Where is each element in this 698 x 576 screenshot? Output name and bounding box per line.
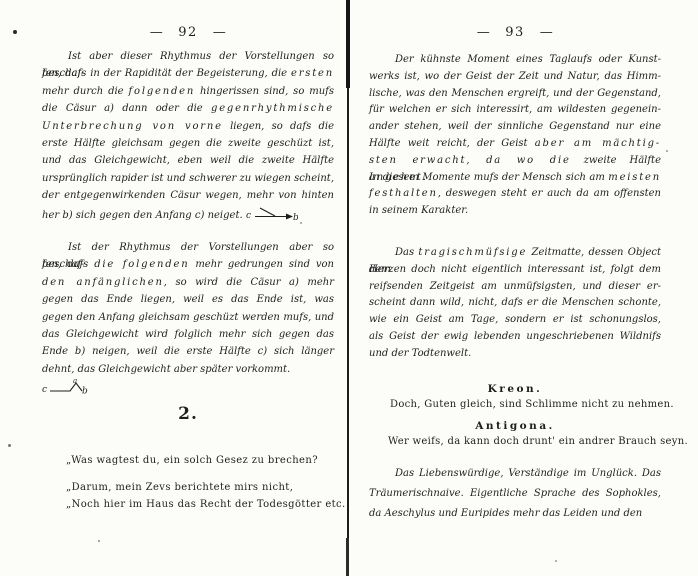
emphasized-spaced-text: folgenden — [129, 86, 196, 97]
text-line: Ist der Rhythmus der Vorstellungen aber … — [42, 239, 334, 256]
emphasized-spaced-text: die folgenden — [94, 259, 189, 270]
text-line: Träumerischnaive. Eigentliche Sprache de… — [369, 484, 661, 504]
text-line: Herzen doch nicht eigentlich interessant… — [369, 262, 661, 279]
book-gutter-line — [347, 0, 349, 576]
text-line: gegen den Anfang gleichsam geschüzt werd… — [42, 309, 334, 326]
text-line: Das tragischmüfsige Zeitmatte, dessen Ob… — [369, 245, 661, 262]
text-line: wie ein Geist am Tage, sondern er ist sc… — [369, 312, 661, 329]
page-number-right: — 93 — — [369, 25, 661, 40]
diagram-balance-fig-2: cab — [42, 378, 88, 394]
text-line: werks ist, wo der Geist der Zeit und Nat… — [369, 69, 661, 86]
text-line: der entgegenwirkenden Cäsur wegen, mehr … — [42, 187, 334, 204]
text-line: das Gleichgewicht wird folglich mehr sic… — [42, 326, 334, 343]
page-number-value: 93 — [505, 25, 525, 40]
svg-text:b: b — [82, 387, 88, 395]
text-line: fen, dafs die folgenden mehr gedrungen s… — [42, 256, 334, 273]
text-line: für welchen er sich interessirt, am wild… — [369, 102, 661, 119]
emphasized-spaced-text: gegenrhythmische — [211, 103, 334, 114]
emphasized-spaced-text: tragischmüfsige — [418, 247, 527, 258]
speech-line-kreon: Doch, Guten gleich, sind Schlimme nicht … — [390, 399, 674, 410]
text-line: den anfänglichen, so wird die Cäsur a) m… — [42, 274, 334, 291]
scan-speck — [8, 444, 11, 447]
ornament-dash: — — [540, 25, 554, 40]
text-line: gegen das Ende liegen, weil es das Ende … — [42, 291, 334, 308]
text-line: da Aeschylus und Euripides mehr das Leid… — [369, 504, 661, 524]
left-verse-2: „Darum, mein Zevs berichtete mirs nicht,… — [66, 479, 346, 513]
ornament-dash: — — [150, 25, 164, 40]
right-paragraph-1: Der kühnste Moment eines Taglaufs oder K… — [369, 52, 661, 220]
text-line: sten erwacht, da wo die zweite Hälfte an… — [369, 153, 661, 170]
text-line: In diesem Momente mufs der Mensch sich a… — [369, 170, 661, 187]
text-line: Hälfte weit reicht, der Geist aber am mä… — [369, 136, 661, 153]
page-left: — 92 — Ist aber dieser Rhythmus der Vors… — [0, 0, 348, 576]
scan-speck — [13, 30, 17, 34]
left-paragraph-1: Ist aber dieser Rhythmus der Vorstellung… — [42, 48, 334, 222]
scan-speck — [555, 560, 557, 562]
svg-text:c: c — [42, 385, 47, 394]
text-line: mehr durch die folgenden hingerissen sin… — [42, 83, 334, 100]
text-line: in seinem Karakter. — [369, 203, 661, 220]
speaker-name-kreon: Kreon. — [369, 383, 661, 395]
text-line: die Cäsur a) dann oder die gegenrhythmis… — [42, 100, 334, 117]
emphasized-spaced-text: sten erwacht, da wo die — [369, 155, 571, 166]
scan-speck — [98, 540, 100, 542]
text-line: dehnt, das Gleichgewicht aber später vor… — [42, 361, 334, 378]
left-paragraph-2: Ist der Rhythmus der Vorstellungen aber … — [42, 239, 334, 378]
diagram-balance-fig-1: cb — [246, 205, 298, 221]
section-heading: 2. — [42, 404, 334, 424]
emphasized-spaced-text: meisten — [608, 172, 661, 183]
text-line: reifsenden Zeitgeist am unmüfsigsten, un… — [369, 279, 661, 296]
text-line: ursprünglich rapider ist und schwerer zu… — [42, 170, 334, 187]
speaker-name-antigona: Antigona. — [369, 420, 661, 432]
text-line: Der kühnste Moment eines Taglaufs oder K… — [369, 52, 661, 69]
text-line: als Geist der ewig lebenden ungeschriebe… — [369, 329, 661, 346]
text-line: und der Todtenwelt. — [369, 346, 661, 363]
emphasized-spaced-text: Unterbrechung von vorne — [42, 121, 223, 132]
text-line: „Noch hier im Haus das Recht der Todesgö… — [66, 496, 346, 513]
text-line: Unterbrechung von vorne liegen, so dafs … — [42, 118, 334, 135]
page-number-left: — 92 — — [42, 25, 334, 40]
text-line: lische, was den Menschen ergreift, und d… — [369, 86, 661, 103]
text-line: her b) sich gegen den Anfang c) neiget. … — [42, 205, 334, 222]
page-number-value: 92 — [178, 25, 198, 40]
text-line: scheint dann wild, nicht, dafs er die Me… — [369, 295, 661, 312]
scan-speck — [300, 222, 302, 224]
svg-text:a: a — [73, 378, 77, 385]
emphasized-spaced-text: festhalten — [369, 188, 438, 199]
left-verse-1: „Was wagtest du, ein solch Gesez zu brec… — [66, 452, 336, 469]
right-paragraph-3: Das Liebenswürdige, Verständige im Unglü… — [369, 464, 661, 524]
text-line: erste Hälfte gleichsam gegen die zweite … — [42, 135, 334, 152]
svg-text:c: c — [246, 211, 251, 221]
scan-speck — [666, 150, 668, 152]
emphasized-spaced-text: den anfänglichen — [42, 277, 164, 288]
text-line: und das Gleichgewicht, eben weil die zwe… — [42, 152, 334, 169]
text-line: Ende b) neigen, weil die erste Hälfte c)… — [42, 343, 334, 360]
emphasized-spaced-text: aber am mächtig- — [535, 138, 661, 149]
text-line: ander stehen, weil der sinnliche Gegenst… — [369, 119, 661, 136]
right-paragraph-2: Das tragischmüfsige Zeitmatte, dessen Ob… — [369, 245, 661, 363]
text-line: fen, dafs in der Rapidität der Begeister… — [42, 65, 334, 82]
speech-line-antigona: Wer weifs, da kann doch drunt' ein andre… — [388, 436, 688, 447]
book-scan-spread: — 92 — Ist aber dieser Rhythmus der Vors… — [0, 0, 698, 576]
svg-text:b: b — [293, 213, 298, 221]
emphasized-spaced-text: ersten — [291, 68, 334, 79]
text-line: Das Liebenswürdige, Verständige im Unglü… — [369, 464, 661, 484]
text-line: „Darum, mein Zevs berichtete mirs nicht, — [66, 479, 346, 496]
ornament-dash: — — [477, 25, 491, 40]
ornament-dash: — — [213, 25, 227, 40]
page-right: — 93 — Der kühnste Moment eines Taglaufs… — [350, 0, 698, 576]
text-line: „Was wagtest du, ein solch Gesez zu brec… — [66, 452, 336, 469]
text-line: festhalten, deswegen steht er auch da am… — [369, 186, 661, 203]
text-line: Ist aber dieser Rhythmus der Vorstellung… — [42, 48, 334, 65]
